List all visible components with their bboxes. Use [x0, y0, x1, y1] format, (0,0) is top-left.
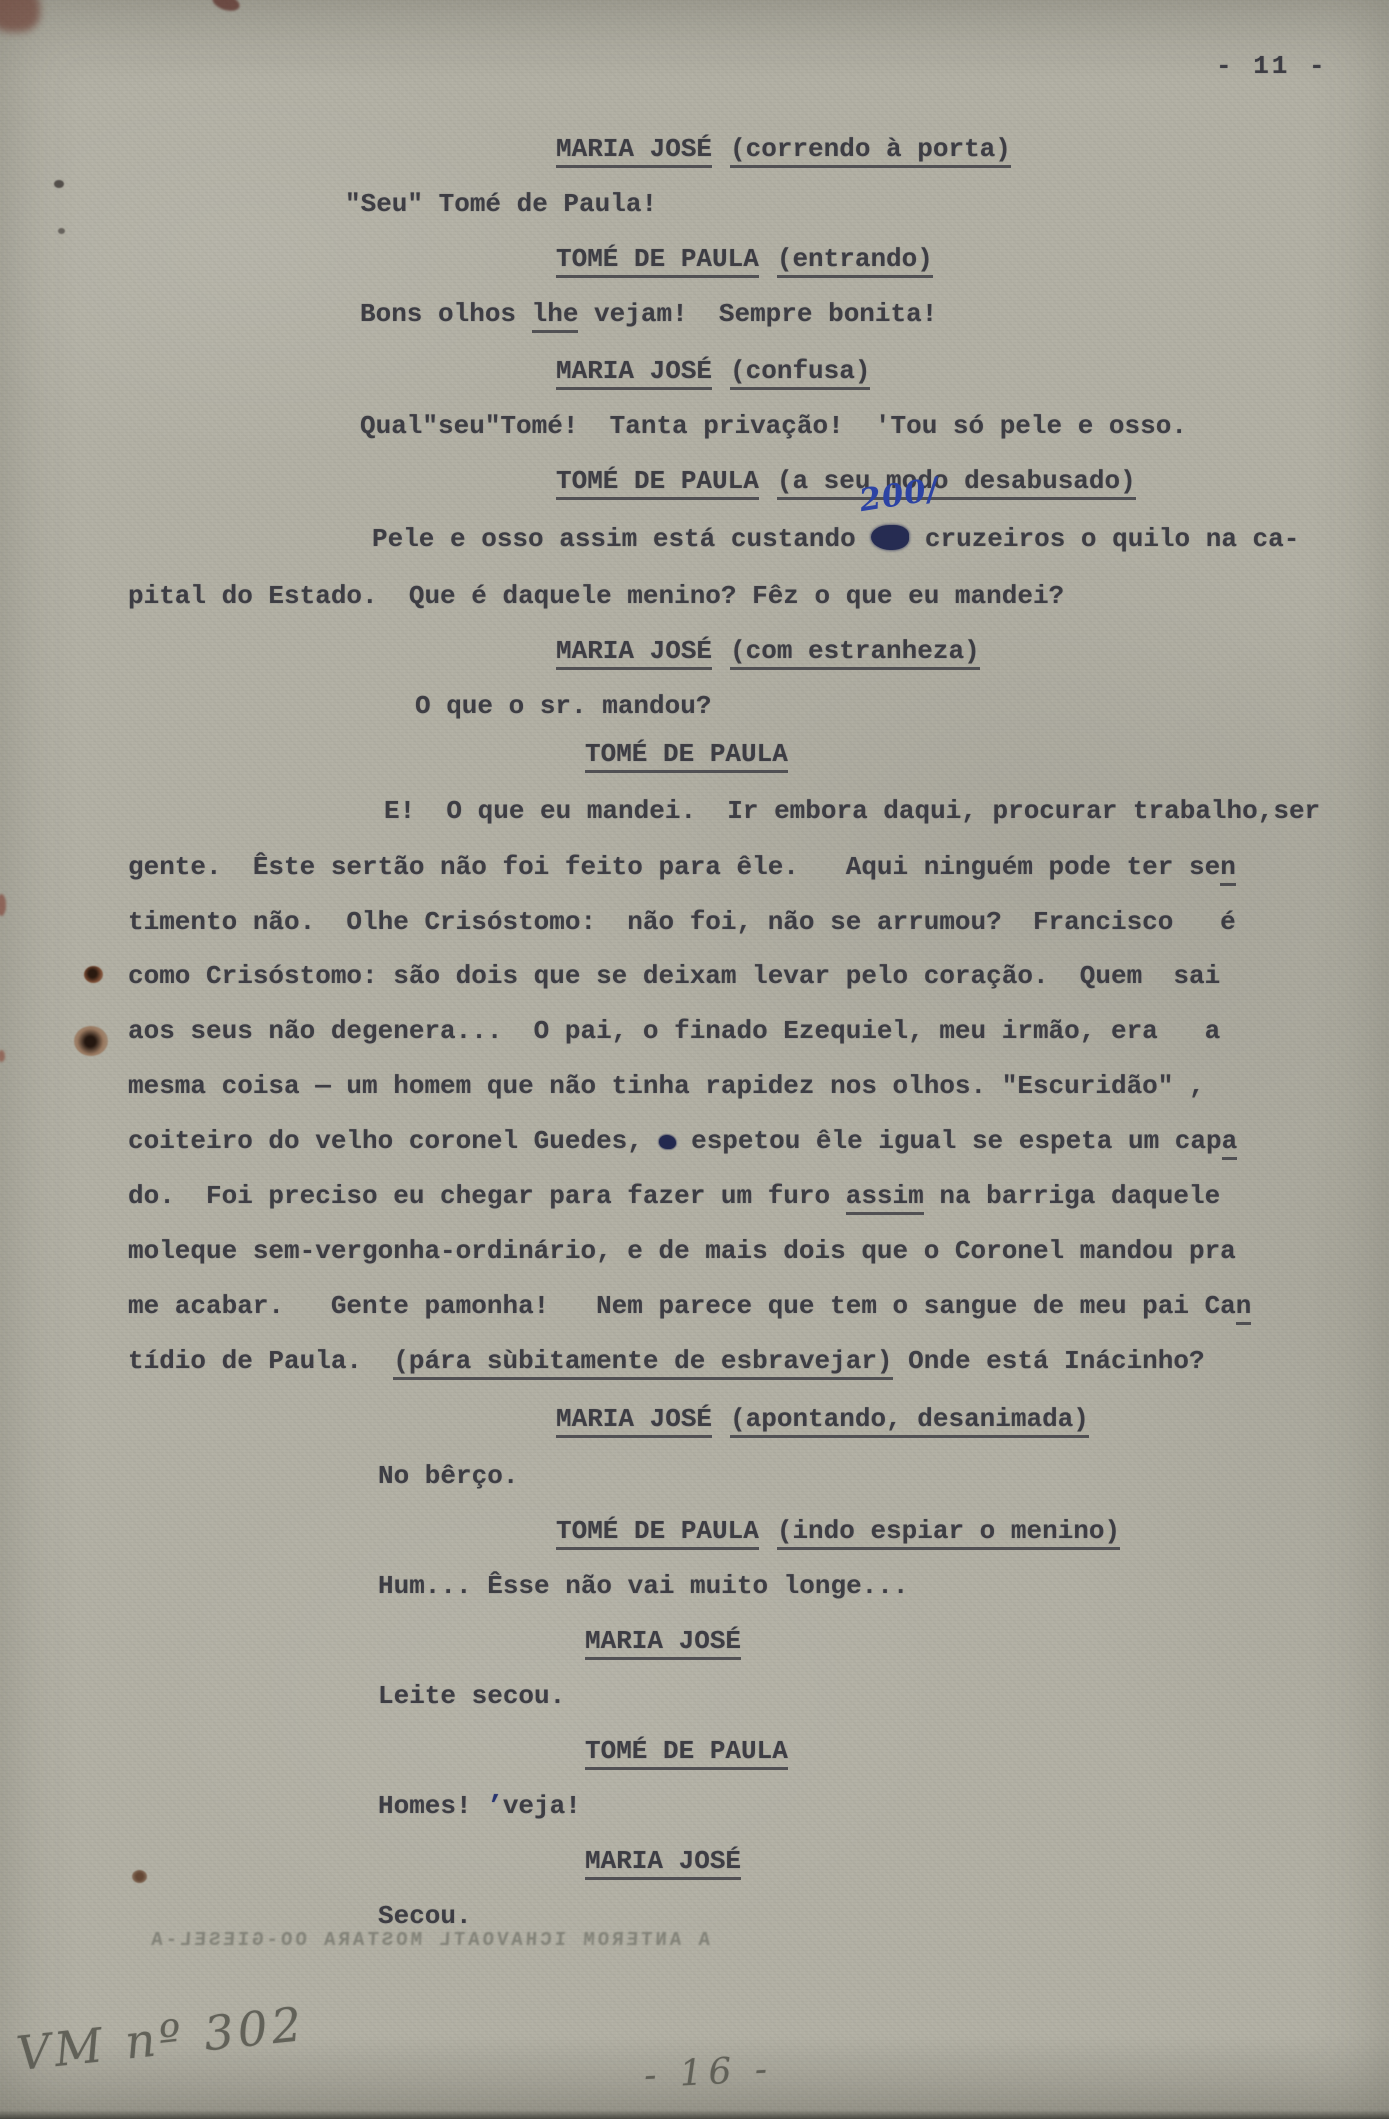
character-name: TOMÉ DE PAULA — [585, 1736, 788, 1770]
character-heading: TOMÉ DE PAULA — [585, 1735, 806, 1767]
ink-blot-small — [659, 1135, 676, 1149]
character-name: MARIA JOSÉ — [556, 1404, 712, 1438]
stage-direction: (indo espiar o menino) — [777, 1516, 1120, 1550]
dialogue-line: como Crisóstomo: são dois que se deixam … — [128, 960, 1220, 992]
character-heading: TOMÉ DE PAULA(a seu modo desabusado) — [556, 465, 1136, 497]
stage-direction: (entrando) — [777, 244, 933, 278]
ink-blot-price: 200/ — [871, 525, 909, 550]
character-heading: MARIA JOSÉ(com estranheza) — [556, 635, 980, 667]
stage-direction: (apontando, desanimada) — [730, 1404, 1089, 1438]
character-name: MARIA JOSÉ — [556, 356, 712, 390]
dialogue-line: No bêrço. — [378, 1460, 518, 1492]
dialogue-line: gente. Êste sertão não foi feito para êl… — [128, 851, 1236, 883]
character-heading: TOMÉ DE PAULA(entrando) — [556, 243, 933, 275]
character-heading: MARIA JOSÉ(confusa) — [556, 355, 870, 387]
ink-apostrophe-mark: ’ — [487, 1791, 503, 1821]
underlined-letter: a — [1222, 1126, 1238, 1160]
character-heading: TOMÉ DE PAULA(indo espiar o menino) — [556, 1515, 1120, 1547]
dialogue-line: me acabar. Gente pamonha! Nem parece que… — [128, 1290, 1251, 1322]
pencil-inventory-mark: VM nº 302 — [14, 1997, 308, 2082]
dialogue-line: pital do Estado. Que é daquele menino? F… — [128, 580, 1064, 612]
character-name: TOMÉ DE PAULA — [556, 1516, 759, 1550]
dialogue-line: O que o sr. mandou? — [415, 690, 711, 722]
dialogue-line: aos seus não degenera... O pai, o finado… — [128, 1015, 1220, 1047]
dialogue-line: Leite secou. — [378, 1680, 565, 1712]
underlined-letter: n — [1236, 1291, 1252, 1325]
dialogue-line: timento não. Olhe Crisóstomo: não foi, n… — [128, 906, 1236, 938]
character-name: TOMÉ DE PAULA — [556, 244, 759, 278]
paper-speck — [132, 1870, 147, 1883]
dialogue-line: "Seu" Tomé de Paula! — [345, 188, 657, 220]
dialogue-line: moleque sem-vergonha-ordinário, e de mai… — [128, 1235, 1236, 1267]
character-heading: MARIA JOSÉ(apontando, desanimada) — [556, 1403, 1089, 1435]
stage-direction: (correndo à porta) — [730, 134, 1011, 168]
edge-stain — [0, 894, 6, 916]
dialogue-line: tídio de Paula. (pára sùbitamente de esb… — [128, 1345, 1205, 1377]
character-name: TOMÉ DE PAULA — [556, 466, 759, 500]
underlined-letter: n — [1220, 852, 1236, 886]
character-name: TOMÉ DE PAULA — [585, 739, 788, 773]
paper-stain-hole — [84, 966, 103, 983]
edge-stain — [0, 1050, 5, 1062]
dialogue-line: Hum... Êsse não vai muito longe... — [378, 1570, 909, 1602]
dialogue-line: E! O que eu mandei. Ir embora daqui, pro… — [384, 795, 1320, 827]
character-name: MARIA JOSÉ — [585, 1846, 741, 1880]
dialogue-line: do. Foi preciso eu chegar para fazer um … — [128, 1180, 1220, 1212]
top-edge-mark — [210, 0, 241, 14]
character-heading: TOMÉ DE PAULA — [585, 738, 806, 770]
dialogue-line: Qual"seu"Tomé! Tanta privação! 'Tou só p… — [360, 410, 1187, 442]
paper-stain-blotch — [74, 1026, 108, 1056]
dialogue-line: mesma coisa — um homem que não tinha rap… — [128, 1070, 1205, 1102]
dialogue-line: coiteiro do velho coronel Guedes, espeto… — [128, 1125, 1237, 1157]
underlined-word: assim — [846, 1181, 924, 1215]
pencil-page-number-bottom: - 16 - — [643, 2049, 774, 2097]
scan-bottom-edge-shadow — [0, 2110, 1389, 2119]
stage-direction: (confusa) — [730, 356, 870, 390]
underlined-stage-direction: (pára sùbitamente de esbravejar) — [393, 1346, 892, 1380]
dialogue-line: Homes! ’veja! — [378, 1790, 581, 1822]
character-name: MARIA JOSÉ — [556, 134, 712, 168]
underlined-word: lhe — [532, 299, 579, 333]
dialogue-line: Pele e osso assim está custando 200/ cru… — [372, 523, 1299, 555]
paper-speck — [54, 180, 64, 188]
stage-direction: (com estranheza) — [730, 636, 980, 670]
paper-speck — [58, 228, 65, 234]
character-name: MARIA JOSÉ — [556, 636, 712, 670]
page-number-top: - 11 - — [1216, 50, 1328, 82]
typescript-page: - 11 - MARIA JOSÉ(correndo à porta) "Seu… — [0, 0, 1389, 2119]
character-heading: MARIA JOSÉ(correndo à porta) — [556, 133, 1011, 165]
ink-show-through-text: A ANTEROM ICHAVOATL MOSTARA OO-GIESEL-A — [149, 1928, 710, 1952]
character-heading: MARIA JOSÉ — [585, 1845, 759, 1877]
character-name: MARIA JOSÉ — [585, 1626, 741, 1660]
character-heading: MARIA JOSÉ — [585, 1625, 759, 1657]
corner-stain — [0, 0, 40, 32]
dialogue-line: Bons olhos lhe vejam! Sempre bonita! — [360, 298, 937, 330]
